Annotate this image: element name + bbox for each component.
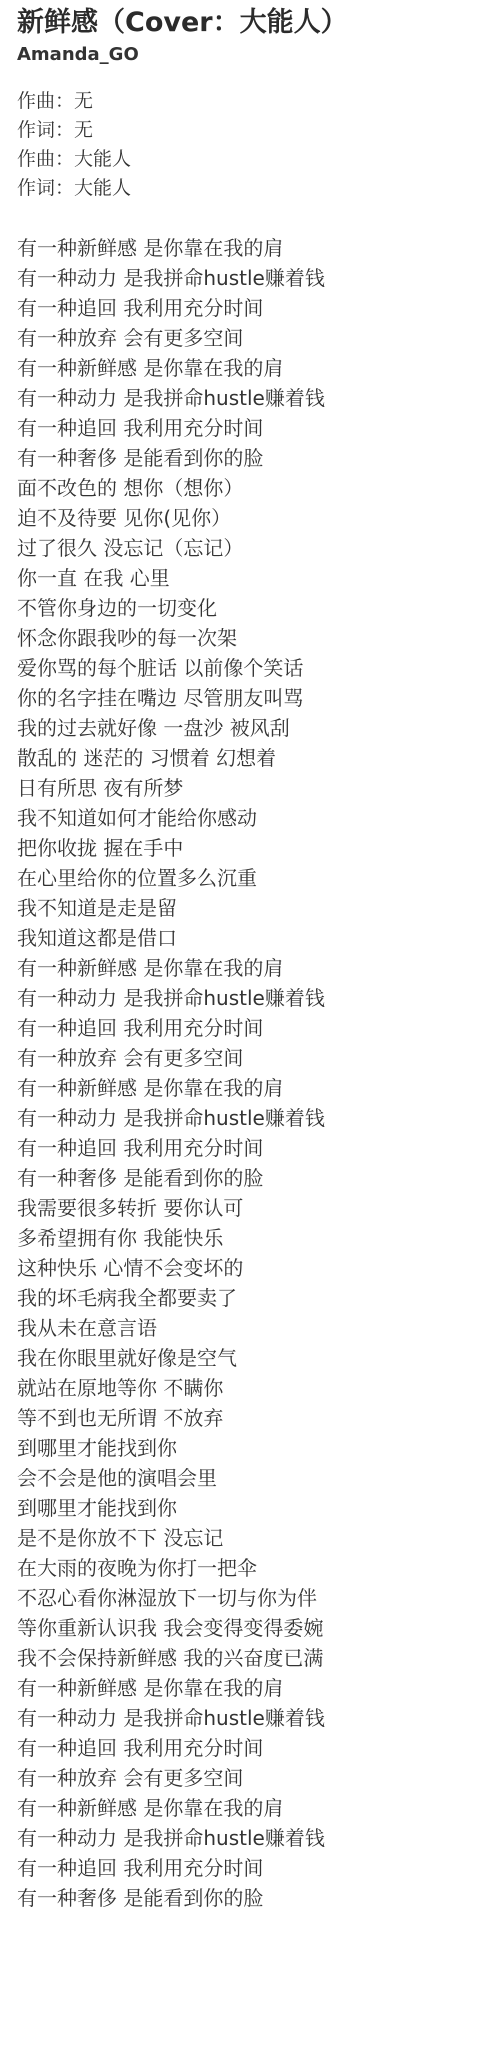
lyric-line: 爱你骂的每个脏话 以前像个笑话 bbox=[17, 653, 480, 683]
lyric-line: 我知道这都是借口 bbox=[17, 923, 480, 953]
lyric-line: 有一种放弃 会有更多空间 bbox=[17, 1043, 480, 1073]
lyric-line: 不忍心看你淋湿放下一切与你为伴 bbox=[17, 1583, 480, 1613]
credit-line: 作词：大能人 bbox=[17, 174, 480, 203]
lyric-line: 我不知道是走是留 bbox=[17, 893, 480, 923]
credit-line: 作词：无 bbox=[17, 116, 480, 145]
lyric-line: 日有所思 夜有所梦 bbox=[17, 773, 480, 803]
lyric-line: 迫不及待要 见你(见你） bbox=[17, 503, 480, 533]
lyric-line: 有一种放弃 会有更多空间 bbox=[17, 1763, 480, 1793]
lyric-line: 有一种奢侈 是能看到你的脸 bbox=[17, 443, 480, 473]
lyric-line: 有一种动力 是我拼命hustle赚着钱 bbox=[17, 983, 480, 1013]
lyric-line: 有一种奢侈 是能看到你的脸 bbox=[17, 1883, 480, 1913]
lyric-line: 在心里给你的位置多么沉重 bbox=[17, 863, 480, 893]
lyric-line: 散乱的 迷茫的 习惯着 幻想着 bbox=[17, 743, 480, 773]
lyric-line: 你的名字挂在嘴边 尽管朋友叫骂 bbox=[17, 683, 480, 713]
lyric-line: 有一种放弃 会有更多空间 bbox=[17, 323, 480, 353]
lyric-line: 有一种新鲜感 是你靠在我的肩 bbox=[17, 233, 480, 263]
credits-block: 作曲：无作词：无作曲：大能人作词：大能人 bbox=[17, 87, 480, 203]
lyric-line: 把你收拢 握在手中 bbox=[17, 833, 480, 863]
lyric-line: 到哪里才能找到你 bbox=[17, 1433, 480, 1463]
lyric-line: 到哪里才能找到你 bbox=[17, 1493, 480, 1523]
lyric-line: 有一种追回 我利用充分时间 bbox=[17, 293, 480, 323]
lyric-line: 我的过去就好像 一盘沙 被风刮 bbox=[17, 713, 480, 743]
lyric-line: 怀念你跟我吵的每一次架 bbox=[17, 623, 480, 653]
credit-line: 作曲：无 bbox=[17, 87, 480, 116]
lyric-line: 我从未在意言语 bbox=[17, 1313, 480, 1343]
lyric-line: 过了很久 没忘记（忘记） bbox=[17, 533, 480, 563]
lyric-line: 等你重新认识我 我会变得变得委婉 bbox=[17, 1613, 480, 1643]
lyric-line: 有一种新鲜感 是你靠在我的肩 bbox=[17, 1073, 480, 1103]
lyric-line: 有一种新鲜感 是你靠在我的肩 bbox=[17, 953, 480, 983]
lyric-line: 会不会是他的演唱会里 bbox=[17, 1463, 480, 1493]
lyric-line: 有一种新鲜感 是你靠在我的肩 bbox=[17, 1793, 480, 1823]
lyric-line: 就站在原地等你 不瞒你 bbox=[17, 1373, 480, 1403]
lyric-line: 有一种动力 是我拼命hustle赚着钱 bbox=[17, 383, 480, 413]
lyric-line: 有一种动力 是我拼命hustle赚着钱 bbox=[17, 1823, 480, 1853]
credit-line: 作曲：大能人 bbox=[17, 145, 480, 174]
lyric-line: 有一种奢侈 是能看到你的脸 bbox=[17, 1163, 480, 1193]
lyric-line: 有一种追回 我利用充分时间 bbox=[17, 1733, 480, 1763]
lyrics-block: 有一种新鲜感 是你靠在我的肩有一种动力 是我拼命hustle赚着钱有一种追回 我… bbox=[17, 233, 480, 1913]
lyric-line: 是不是你放不下 没忘记 bbox=[17, 1523, 480, 1553]
song-title: 新鲜感（Cover：大能人） bbox=[17, 6, 480, 40]
lyric-line: 有一种新鲜感 是你靠在我的肩 bbox=[17, 353, 480, 383]
lyric-line: 等不到也无所谓 不放弃 bbox=[17, 1403, 480, 1433]
lyric-line: 有一种动力 是我拼命hustle赚着钱 bbox=[17, 1703, 480, 1733]
lyric-line: 这种快乐 心情不会变坏的 bbox=[17, 1253, 480, 1283]
lyric-line: 有一种新鲜感 是你靠在我的肩 bbox=[17, 1673, 480, 1703]
lyric-line: 我不知道如何才能给你感动 bbox=[17, 803, 480, 833]
lyric-line: 有一种追回 我利用充分时间 bbox=[17, 1013, 480, 1043]
lyric-line: 你一直 在我 心里 bbox=[17, 563, 480, 593]
lyric-line: 我的坏毛病我全都要卖了 bbox=[17, 1283, 480, 1313]
lyric-line: 有一种追回 我利用充分时间 bbox=[17, 413, 480, 443]
lyric-line: 在大雨的夜晚为你打一把伞 bbox=[17, 1553, 480, 1583]
lyric-line: 面不改色的 想你（想你） bbox=[17, 473, 480, 503]
lyric-line: 我需要很多转折 要你认可 bbox=[17, 1193, 480, 1223]
lyric-line: 有一种追回 我利用充分时间 bbox=[17, 1853, 480, 1883]
lyrics-page: 新鲜感（Cover：大能人） Amanda_GO 作曲：无作词：无作曲：大能人作… bbox=[0, 0, 500, 1913]
lyric-line: 有一种动力 是我拼命hustle赚着钱 bbox=[17, 1103, 480, 1133]
lyric-line: 我不会保持新鲜感 我的兴奋度已满 bbox=[17, 1643, 480, 1673]
lyric-line: 有一种追回 我利用充分时间 bbox=[17, 1133, 480, 1163]
lyric-line: 有一种动力 是我拼命hustle赚着钱 bbox=[17, 263, 480, 293]
lyric-line: 多希望拥有你 我能快乐 bbox=[17, 1223, 480, 1253]
lyric-line: 我在你眼里就好像是空气 bbox=[17, 1343, 480, 1373]
artist-name: Amanda_GO bbox=[17, 43, 480, 67]
lyric-line: 不管你身边的一切变化 bbox=[17, 593, 480, 623]
